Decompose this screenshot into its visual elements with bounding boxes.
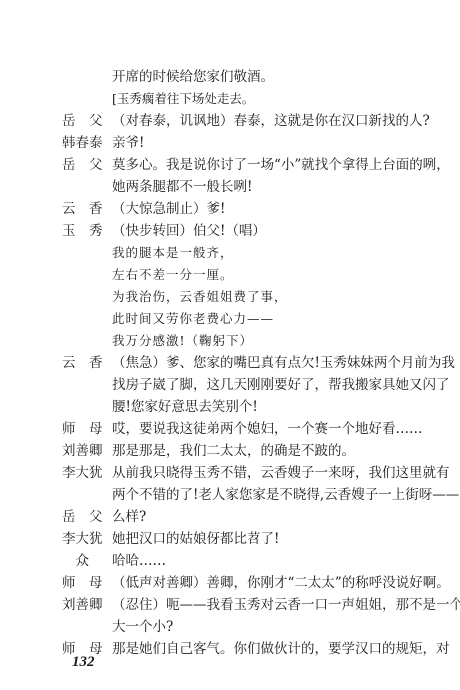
script-line: 云 香（焦急）爹、您家的嘴巴真有点欠!玉秀妹妹两个月前为我 [62, 352, 452, 374]
speaker: 云 香 [62, 352, 112, 374]
speaker: 云 香 [62, 198, 112, 220]
script-line: 师 母那是她们自己客气。你们做伙计的，要学汉口的规矩，对 [62, 638, 452, 660]
speaker [62, 616, 112, 638]
speaker [62, 330, 112, 352]
script-line: 开席的时候给您家们敬酒。 [62, 66, 452, 88]
speaker [62, 242, 112, 264]
speaker: 师 母 [62, 572, 112, 594]
speaker: 韩春泰 [62, 132, 112, 154]
stage-direction: [玉秀瘸着往下场处走去。 [112, 88, 452, 110]
dialogue: 找房子崴了脚，这几天刚刚要好了，帮我搬家具她又闪了 [112, 374, 452, 396]
speaker: 李大犹 [62, 528, 112, 550]
script-line: 李大犹她把汉口的姑娘伢都比苕了! [62, 528, 452, 550]
speaker [62, 308, 112, 330]
dialogue: 她两条腿都不一般长咧! [112, 176, 452, 198]
dialogue: （大惊急制止）爹! [112, 198, 452, 220]
script-line: 两个不错的了!老人家您家是不晓得,云香嫂子一上街呀—— [62, 484, 452, 506]
speaker: 师 母 [62, 418, 112, 440]
speaker [62, 374, 112, 396]
dialogue: （焦急）爹、您家的嘴巴真有点欠!玉秀妹妹两个月前为我 [112, 352, 455, 374]
dialogue: 大一个小? [112, 616, 452, 638]
dialogue: 哎，要说我这徒弟两个媳妇，一个赛一个地好看…… [112, 418, 452, 440]
script-line: [玉秀瘸着往下场处走去。 [62, 88, 452, 110]
speaker: 刘善卿 [62, 440, 112, 462]
script-line: 岳 父么样? [62, 506, 452, 528]
script-line: 找房子崴了脚，这几天刚刚要好了，帮我搬家具她又闪了 [62, 374, 452, 396]
script-line: 我的腿本是一般齐， [62, 242, 452, 264]
dialogue: （对春泰，讥讽地）春泰，这就是你在汉口新找的人? [112, 110, 452, 132]
dialogue: 腰!您家好意思去笑别个! [112, 396, 452, 418]
speaker [62, 176, 112, 198]
script-line: 李大犹从前我只晓得玉秀不错，云香嫂子一来呀，我们这里就有 [62, 462, 452, 484]
verse-line: 为我治伤，云香姐姐费了事， [112, 286, 452, 308]
speaker: 岳 父 [62, 154, 112, 176]
script-line: 她两条腿都不一般长咧! [62, 176, 452, 198]
speaker [62, 396, 112, 418]
script-line: 众哈哈…… [62, 550, 452, 572]
script-line: 师 母哎，要说我这徒弟两个媳妇，一个赛一个地好看…… [62, 418, 452, 440]
dialogue: 莫多心。我是说你讨了一场“小”就找个拿得上台面的咧， [112, 154, 452, 176]
script-line: 玉 秀（快步转回）伯父!（唱） [62, 220, 452, 242]
book-page: 开席的时候给您家们敬酒。 [玉秀瘸着往下场处走去。 岳 父（对春泰，讥讽地）春泰… [0, 0, 460, 690]
script-line: 岳 父莫多心。我是说你讨了一场“小”就找个拿得上台面的咧， [62, 154, 452, 176]
speaker [62, 88, 112, 110]
dialogue: 那是她们自己客气。你们做伙计的，要学汉口的规矩，对 [112, 638, 452, 660]
script-line: 此时间又劳你老费心力—— [62, 308, 452, 330]
dialogue: 两个不错的了!老人家您家是不晓得,云香嫂子一上街呀—— [112, 484, 459, 506]
verse-line: 我的腿本是一般齐， [112, 242, 452, 264]
dialogue: （忍住）呃——我看玉秀对云香一口一声姐姐，那不是一个 [112, 594, 460, 616]
dialogue: 那是那是，我们二太太，的确是不跛的。 [112, 440, 452, 462]
script-text: 开席的时候给您家们敬酒。 [玉秀瘸着往下场处走去。 岳 父（对春泰，讥讽地）春泰… [62, 66, 452, 660]
speaker: 李大犹 [62, 462, 112, 484]
dialogue: 么样? [112, 506, 452, 528]
speaker: 众 [62, 550, 112, 572]
dialogue: 她把汉口的姑娘伢都比苕了! [112, 528, 452, 550]
verse-line: 左右不差一分一厘。 [112, 264, 452, 286]
verse-line: 我万分感激!（鞠躬下） [112, 330, 452, 352]
script-line: 腰!您家好意思去笑别个! [62, 396, 452, 418]
script-line: 韩春泰亲爷! [62, 132, 452, 154]
speaker [62, 264, 112, 286]
script-line: 刘善卿（忍住）呃——我看玉秀对云香一口一声姐姐，那不是一个 [62, 594, 452, 616]
script-line: 我万分感激!（鞠躬下） [62, 330, 452, 352]
script-line: 刘善卿那是那是，我们二太太，的确是不跛的。 [62, 440, 452, 462]
dialogue: （低声对善卿）善卿，你刚才“二太太”的称呼没说好啊。 [112, 572, 452, 594]
speaker: 岳 父 [62, 506, 112, 528]
speaker [62, 484, 112, 506]
script-line: 左右不差一分一厘。 [62, 264, 452, 286]
speaker: 岳 父 [62, 110, 112, 132]
verse-line: 此时间又劳你老费心力—— [112, 308, 452, 330]
script-line: 云 香（大惊急制止）爹! [62, 198, 452, 220]
script-line: 师 母（低声对善卿）善卿，你刚才“二太太”的称呼没说好啊。 [62, 572, 452, 594]
dialogue: （快步转回）伯父!（唱） [112, 220, 452, 242]
speaker [62, 286, 112, 308]
script-line: 为我治伤，云香姐姐费了事， [62, 286, 452, 308]
script-line: 大一个小? [62, 616, 452, 638]
dialogue: 从前我只晓得玉秀不错，云香嫂子一来呀，我们这里就有 [112, 462, 452, 484]
speaker: 玉 秀 [62, 220, 112, 242]
speaker: 刘善卿 [62, 594, 112, 616]
speaker [62, 66, 112, 88]
page-number: 132 [72, 654, 95, 671]
script-line: 岳 父（对春泰，讥讽地）春泰，这就是你在汉口新找的人? [62, 110, 452, 132]
dialogue: 开席的时候给您家们敬酒。 [112, 66, 452, 88]
dialogue: 亲爷! [112, 132, 452, 154]
dialogue: 哈哈…… [112, 550, 452, 572]
